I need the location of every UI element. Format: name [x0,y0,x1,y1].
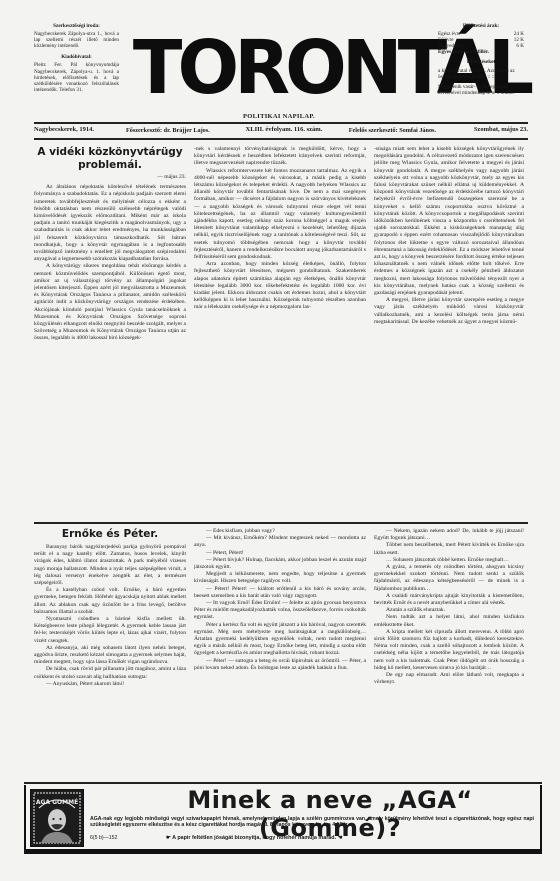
article-separator-rule [34,522,528,524]
article2-paragraph: A kripta mellett két ciprusfa állott mer… [374,629,524,672]
ad-body-text: AGA-nak egy legjobb minőségü vegyi sziva… [90,816,534,829]
pointing-hand-icon: ☚ [336,835,342,841]
article1-column-2: -nek s valamennyi törvényhatóságnak is m… [194,146,366,516]
publisher-office-heading: Kiadóhivatal: [34,54,119,60]
article2-paragraph: A családi márványkripta ajtaját kinyitot… [374,593,524,607]
svg-text:AGA GOMMÉ: AGA GOMMÉ [36,798,78,806]
article1-paragraph: -nek s valamennyi törvényhatóságnak is m… [194,146,366,168]
price-value: 6 K [516,43,524,49]
ad-headline: Minek a neve „AGA“ (Gommé)? [130,786,530,842]
ads-heading: Hirdetéseket [438,59,524,65]
article2-paragraph: — Pétert! Pétert! — kiáltott erőtlenül a… [194,586,366,600]
subscription-info-box: Előfizetési árak: Egész évre24 K Félévre… [438,22,524,96]
article2-paragraph: — Nekem, igazán nekem adod? De, inkább t… [374,528,524,542]
article2-paragraph: … Sohasem játszottak többé ketten. Ernők… [374,557,524,564]
editorial-office-text: Nagybecskerek Zápolya-utca 1., hová a la… [34,31,119,49]
newspaper-title: TORONTÁL [133,30,419,106]
ads-text: a kiadóhivatal vesz fel. Azonkivül az ös… [438,68,524,80]
ad-reference-code: 6(5 b)—152 [90,835,117,841]
volume-number: XLIII. évfolyam. 116. szám. [246,126,323,133]
article1-paragraph: Wlassics reformtervezete két fontos mozz… [194,168,366,262]
masthead-rule [34,122,528,124]
subscription-heading: Előfizetési árak: [438,23,524,29]
article1-paragraph: A könyvtárügy sikeres megoldása tehát el… [34,263,186,342]
article2-paragraph: Többet nem beszélhettek, mert Pétert kiv… [374,542,524,556]
article1-title: A vidéki közkönyvtárügy problemái. [34,146,186,172]
article2-paragraph: — Itt vagyok Ernő! Édes Ernőm! — felelte… [194,600,366,622]
article2-paragraph: De egy nap elmaradt. Ami előre látható v… [374,672,524,686]
editorial-office-heading: Szerkesztőségi iroda: [34,23,119,29]
issue-date: Szombat, május 23. [474,126,528,133]
article2-paragraph: — Anyuskám, Pétert akarom látni! [34,681,186,688]
article1-paragraph: A megyei, illetve járási könyvtár szerep… [374,297,524,326]
article2-paragraph: Megijedt a lelkiismerete, nem engedte, h… [194,571,366,585]
article2-paragraph: — Édes kisfiam, jobban vagy? [194,528,366,535]
article2-title: Ernőke és Péter. [34,528,186,541]
article1-dateline: — május 23. [34,174,186,181]
masthead: Szerkesztőségi iroda: Nagybecskerek Zápo… [34,22,524,126]
aga-stamp-portrait-image: AGA GOMMÉ [30,789,84,847]
place-year: Nagybecskerek, 1914. [34,126,94,133]
ad-top-rule [24,782,542,784]
article2-paragraph: Nem tudták azt a helyet látni, ahol mind… [374,614,524,628]
editorial-info-box: Szerkesztőségi iroda: Nagybecskerek Zápo… [34,22,119,93]
publisher-office-text: Pleitz Fer. Pál könyvnyomdája Nagybecske… [34,62,119,92]
article2-paragraph: Nyomasztó csöndben a báróné kisfia melle… [34,616,186,645]
article1-paragraph: Arra azonban, hogy minden község életkép… [194,261,366,311]
article1-paragraph: -súsága miatt sem lehet a kisebb községe… [374,146,524,297]
article2-paragraph: Az édesanyja, aki még sohasem látott ily… [34,645,186,667]
article1-column-3: -súsága miatt sem lehet a kisebb községe… [374,146,524,516]
issue-info-line: Nagybecskerek, 1914. XLIII. évfolyam. 11… [34,126,528,133]
article2-paragraph: És a kastélyban csönd volt. Ernőke, a bá… [34,587,186,616]
portrait-icon: AGA GOMMÉ [31,790,83,846]
newspaper-subtitle: POLITIKAI NAPILAP. [164,113,394,120]
aga-advertisement: AGA GOMMÉ Minek a neve „AGA“ (Gommé)? AG… [24,785,542,854]
article2-column-2: — Édes kisfiam, jobban vagy? — Mit kiván… [194,528,366,778]
article2-paragraph: De hiába, csak rövid pár pillanatra jött… [34,666,186,680]
article2-paragraph: — Pétert hivjuk? Holnap, fiacskám, akkor… [194,557,366,571]
newspaper-page: Szerkesztőségi iroda: Nagybecskerek Zápo… [0,0,560,881]
single-copy-price: Egyes szám ára 8 fillér. [438,49,524,55]
article2-paragraph: — Mit kivánsz, Ernőkém? Mindent megtesze… [194,535,366,549]
article2-column-3: — Nekem, igazán nekem adod? De, inkább t… [374,528,524,778]
article1-paragraph: Az általános népoktatás kötelezővé tétel… [34,184,186,263]
article2-paragraph: Péter a kertész fia volt és együtt játsz… [194,622,366,658]
ad-tagline: ☛ A papir feltétlen jóságát bizonyitja, … [166,835,526,841]
article1-column-1: A vidéki közkönyvtárügy problemái. — máj… [34,146,186,516]
article2-paragraph: — Pétert, Pétert! [194,550,366,557]
publication-schedule: Megjelenik vasár- és ünnepnapok kivételé… [438,84,524,96]
ad-tagline-text: A papir feltétlen jóságát bizonyitja, ho… [172,835,336,841]
article2-paragraph: A gyász, a temetés oly csöndben történt,… [374,564,524,593]
article2-paragraph: Baranyay bárók nagykiterjedésü parkja gy… [34,544,186,587]
article2-paragraph: — Péter! — suttogta a beteg és orcái kip… [194,658,366,672]
article2-column-1: Ernőke és Péter. Baranyay bárók nagykite… [34,528,186,778]
infoline-rule [34,138,528,140]
